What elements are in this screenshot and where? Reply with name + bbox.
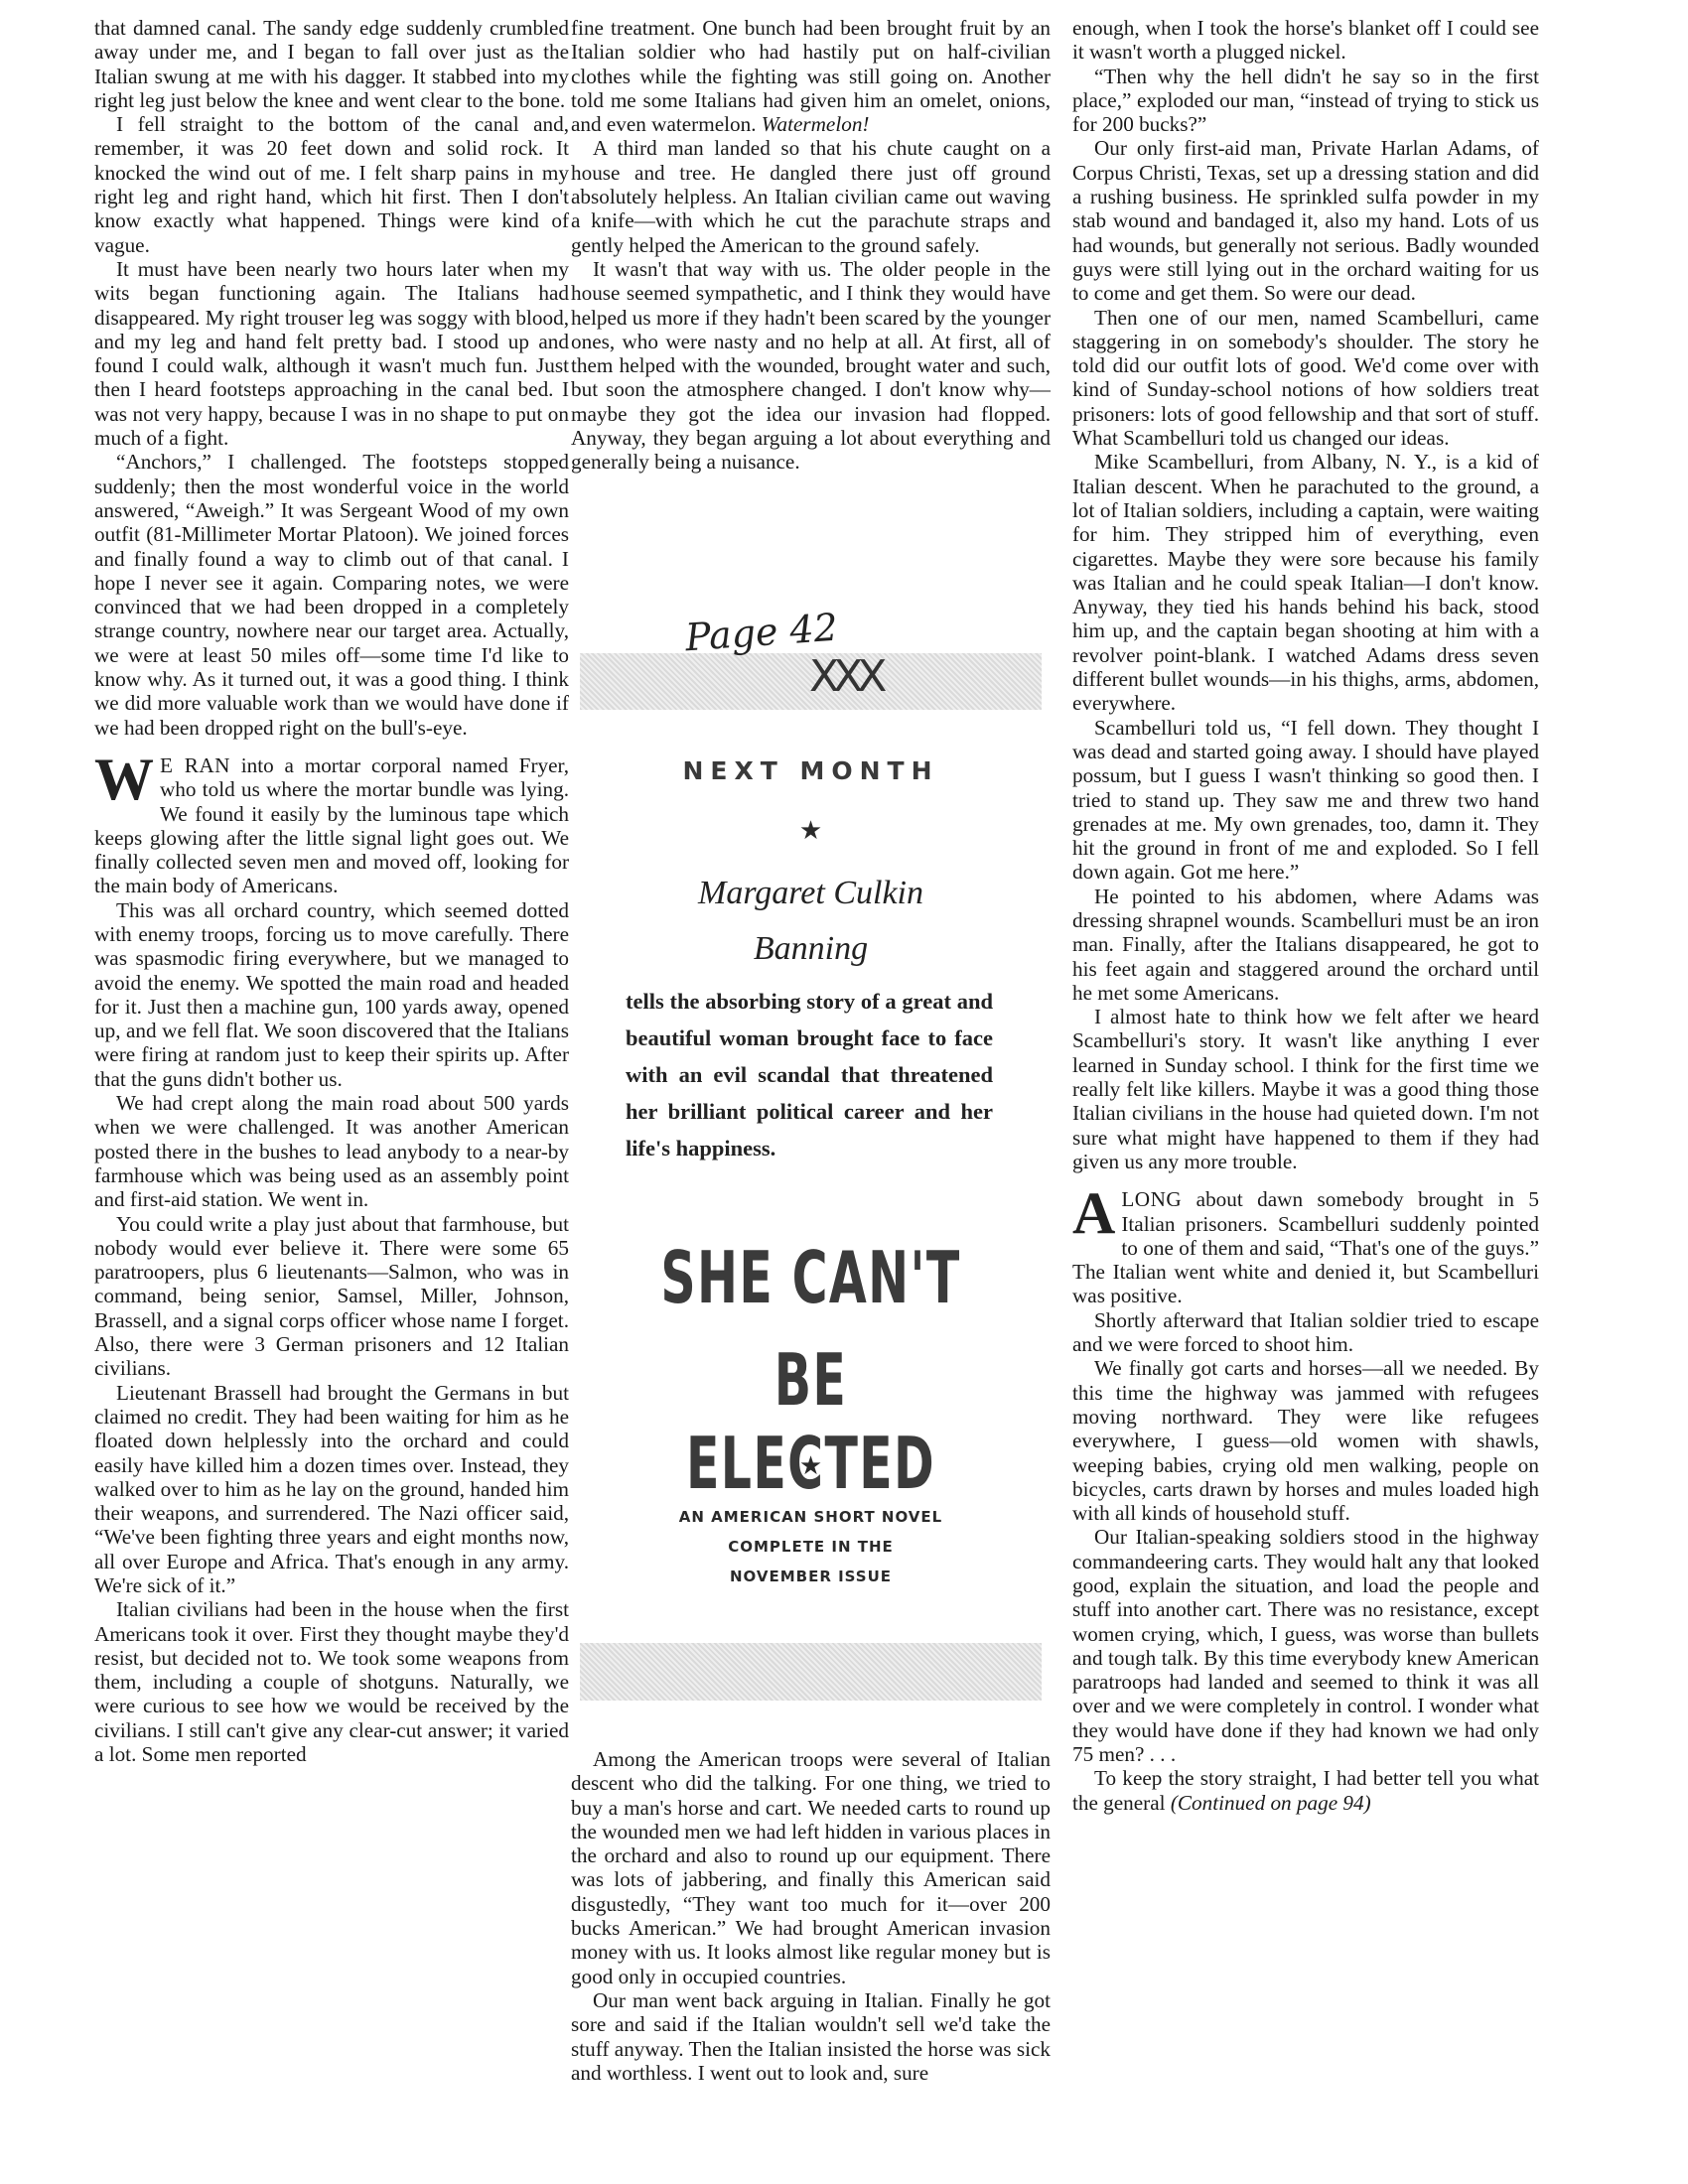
article-column-3: enough, when I took the horse's blanket … xyxy=(1072,16,1539,1815)
promo-series-line-2: COMPLETE IN THE xyxy=(571,1532,1051,1562)
star-icon: ★ xyxy=(571,816,1051,846)
section-lead-words: LONG xyxy=(1121,1187,1182,1211)
paragraph: Scambelluri told us, “I fell down. They … xyxy=(1072,716,1539,885)
promo-author-line-1: Margaret Culkin xyxy=(571,866,1051,921)
paragraph: This was all orchard country, which seem… xyxy=(94,898,569,1091)
paragraph: You could write a play just about that f… xyxy=(94,1212,569,1381)
paragraph: Lieutenant Brassell had brought the Germ… xyxy=(94,1381,569,1598)
continued-on-page-link: (Continued on page 94) xyxy=(1171,1791,1371,1815)
paragraph: Our Italian-speaking soldiers stood in t… xyxy=(1072,1525,1539,1766)
promo-series-line-1: AN AMERICAN SHORT NOVEL xyxy=(571,1502,1051,1532)
italic-emphasis: Watermelon! xyxy=(762,112,870,136)
handwritten-x-marks: XXX xyxy=(809,651,881,702)
promo-blurb: tells the absorbing story of a great and… xyxy=(626,983,993,1166)
paragraph: We finally got carts and horses—all we n… xyxy=(1072,1356,1539,1525)
paragraph: He pointed to his abdomen, where Adams w… xyxy=(1072,885,1539,1005)
article-column-2: fine treatment. One bunch had been broug… xyxy=(571,16,1051,475)
section-opening-paragraph: ALONG about dawn somebody brought in 5 I… xyxy=(1072,1187,1539,1307)
article-column-2-continued: Among the American troops were several o… xyxy=(571,1747,1051,2085)
article-column-1: that damned canal. The sandy edge sudden… xyxy=(94,16,569,1766)
section-lead-words: E RAN xyxy=(160,753,230,777)
promo-author-line-2: Banning xyxy=(571,921,1051,977)
paragraph: Our man went back arguing in Italian. Fi… xyxy=(571,1988,1051,2085)
promo-series-line-3: NOVEMBER ISSUE xyxy=(571,1562,1051,1591)
halftone-divider xyxy=(580,1643,1042,1701)
drop-cap: A xyxy=(1072,1190,1115,1236)
paragraph: I almost hate to think how we felt after… xyxy=(1072,1005,1539,1173)
paragraph: that damned canal. The sandy edge sudden… xyxy=(94,16,569,112)
paragraph: It must have been nearly two hours later… xyxy=(94,257,569,450)
paragraph: To keep the story straight, I had better… xyxy=(1072,1766,1539,1815)
paragraph: Among the American troops were several o… xyxy=(571,1747,1051,1988)
drop-cap: W xyxy=(94,756,154,802)
paragraph: Shortly afterward that Italian soldier t… xyxy=(1072,1308,1539,1357)
paragraph: I fell straight to the bottom of the can… xyxy=(94,112,569,257)
paragraph: Then one of our men, named Scambelluri, … xyxy=(1072,306,1539,451)
paragraph: Mike Scambelluri, from Albany, N. Y., is… xyxy=(1072,450,1539,715)
paragraph: Our only first-aid man, Private Harlan A… xyxy=(1072,136,1539,305)
paragraph: “Anchors,” I challenged. The footsteps s… xyxy=(94,450,569,740)
section-opening-paragraph: WE RAN into a mortar corporal named Frye… xyxy=(94,753,569,898)
paragraph: It wasn't that way with us. The older pe… xyxy=(571,257,1051,475)
paragraph: We had crept along the main road about 5… xyxy=(94,1091,569,1211)
paragraph: A third man landed so that his chute cau… xyxy=(571,136,1051,256)
star-icon: ★ xyxy=(571,1451,1051,1481)
paragraph: “Then why the hell didn't he say so in t… xyxy=(1072,65,1539,137)
paragraph: Italian civilians had been in the house … xyxy=(94,1597,569,1766)
paragraph: enough, when I took the horse's blanket … xyxy=(1072,16,1539,65)
paragraph: fine treatment. One bunch had been broug… xyxy=(571,16,1051,136)
promo-headline-line-1: SHE CAN'T xyxy=(647,1236,973,1319)
promo-kicker: NEXT MONTH xyxy=(571,756,1051,785)
